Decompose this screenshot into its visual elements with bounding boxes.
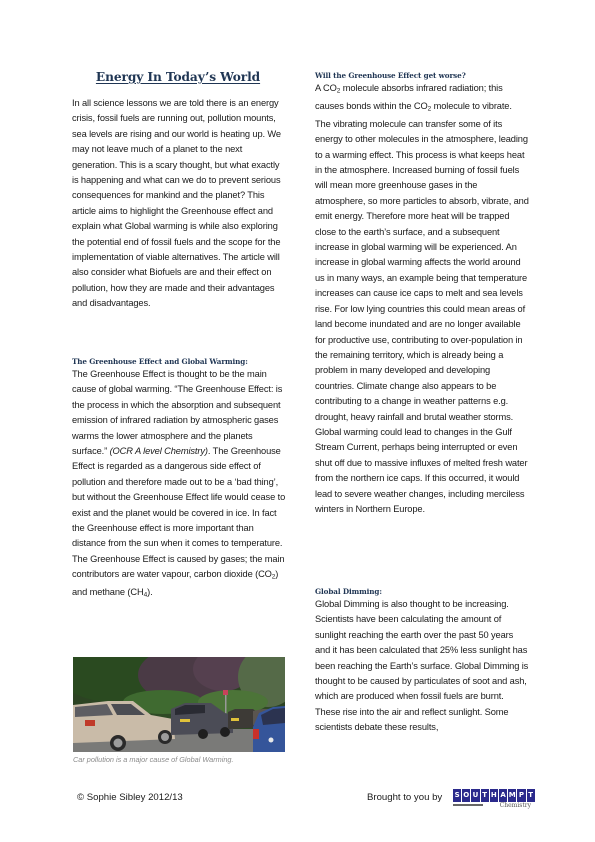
logo-letter: U xyxy=(471,789,479,802)
logo-letter: O xyxy=(462,789,470,802)
section-body-global-dimming: Global Dimming is also thought to be inc… xyxy=(315,597,529,736)
logo-letter: H xyxy=(490,789,498,802)
text-run: A CO xyxy=(315,83,337,93)
copyright-notice: © Sophie Sibley 2012/13 xyxy=(77,792,183,803)
logo-tagline-bar xyxy=(453,804,483,806)
logo-letter: T xyxy=(481,789,489,802)
car-pollution-photo xyxy=(73,657,285,752)
logo-letter: M xyxy=(508,789,516,802)
text-run: ). xyxy=(147,587,152,597)
logo-letter: T xyxy=(527,789,535,802)
photo-illustration xyxy=(73,657,285,752)
figure-caption: Car pollution is a major cause of Global… xyxy=(73,755,293,764)
logo-letter: A xyxy=(499,789,507,802)
section-heading-greenhouse-worse: Will the Greenhouse Effect get worse? xyxy=(315,70,535,81)
section-body-greenhouse-worse: A CO2 molecule absorbs infrared radiatio… xyxy=(315,81,529,517)
logo-letter: P xyxy=(517,789,525,802)
intro-paragraph: In all science lessons we are told there… xyxy=(72,96,284,312)
text-run: The Greenhouse Effect is thought to be t… xyxy=(72,369,282,456)
brought-to-you-label: Brought to you by xyxy=(367,792,442,803)
page-title: Energy In Today’s World xyxy=(72,70,284,84)
text-run: molecule to vibrate. The vibrating molec… xyxy=(315,101,529,514)
logo-letter-blocks: S O U T H A M P T xyxy=(453,789,535,802)
southampton-chemistry-logo: S O U T H A M P T Chemistry xyxy=(453,789,535,813)
logo-subtitle: Chemistry xyxy=(500,802,531,809)
citation: (OCR A level Chemistry) xyxy=(110,446,208,456)
section-body-greenhouse-effect: The Greenhouse Effect is thought to be t… xyxy=(72,367,286,603)
section-heading-global-dimming: Global Dimming: xyxy=(315,586,535,597)
text-run: . The Greenhouse Effect is regarded as a… xyxy=(72,446,285,579)
document-page: Energy In Today’s World In all science l… xyxy=(0,0,595,842)
logo-letter: S xyxy=(453,789,461,802)
section-heading-greenhouse-effect: The Greenhouse Effect and Global Warming… xyxy=(72,356,292,367)
